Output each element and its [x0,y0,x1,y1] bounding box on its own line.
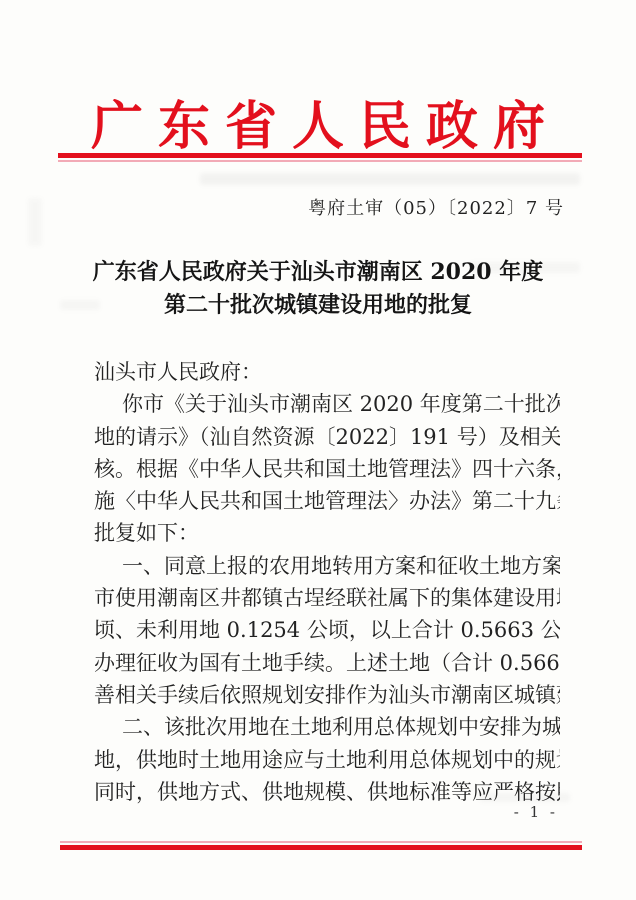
scan-edge-artifact [28,198,42,246]
document-title: 广东省人民政府关于汕头市潮南区 2020 年度 第二十批次城镇建设用地的批复 [0,256,636,322]
body-text-line: 汕头市人民政府： [94,356,560,388]
body-text-line: 地，供地时土地用途应与土地利用总体规划中的规划安排相符； [94,744,560,776]
footer-divider-line-thick [60,845,582,850]
document-reference-number: 粤府土审（05）〔2022〕7 号 [308,194,564,220]
issuing-authority-masthead: 广东省人民政府 [0,84,636,159]
body-text-line: 同时，供地方式、供地规模、供地标准等应严格按照国家和省 [94,776,560,808]
body-text-line: 你市《关于汕头市潮南区 2020 年度第二十批次城镇建设用 [94,388,560,420]
body-text-line: 批复如下： [94,517,560,549]
document-body: 汕头市人民政府：你市《关于汕头市潮南区 2020 年度第二十批次城镇建设用地的请… [94,356,560,808]
document-title-line2: 第二十批次城镇建设用地的批复 [0,289,636,322]
body-text-line: 地的请示》（汕自然资源〔2022〕191 号）及相关材料已通过审 [94,421,560,453]
body-text-line: 顷、未利用地 0.1254 公顷，以上合计 0.5663 公顷集体土地一并 [94,614,560,646]
page-number: - 1 - [514,803,558,821]
body-text-line: 一、同意上报的农用地转用方案和征收土地方案。同意你 [94,550,560,582]
document-page: 广东省人民政府 粤府土审（05）〔2022〕7 号 广东省人民政府关于汕头市潮南… [0,0,636,900]
footer-divider-line-thin [60,841,582,843]
body-text-line: 核。根据《中华人民共和国土地管理法》四十六条，《广东省实 [94,453,560,485]
body-text-line: 办理征收为国有土地手续。上述土地（合计 0.5663 公顷）经完 [94,647,560,679]
body-text-line: 善相关手续后依照规划安排作为汕头市潮南区城镇建设用地。 [94,679,560,711]
header-divider-line-thin [58,160,582,162]
document-title-line1: 广东省人民政府关于汕头市潮南区 2020 年度 [0,256,636,289]
header-divider-line-thick [58,153,582,158]
body-text-line: 二、该批次用地在土地利用总体规划中安排为城乡建设用 [94,711,560,743]
ink-bleed-artifact [200,173,580,185]
body-text-line: 市使用潮南区井都镇古埕经联社属下的集体建设用地 0.4409 公 [94,582,560,614]
body-text-line: 施〈中华人民共和国土地管理法〉办法》第二十九条有关规定， [94,485,560,517]
